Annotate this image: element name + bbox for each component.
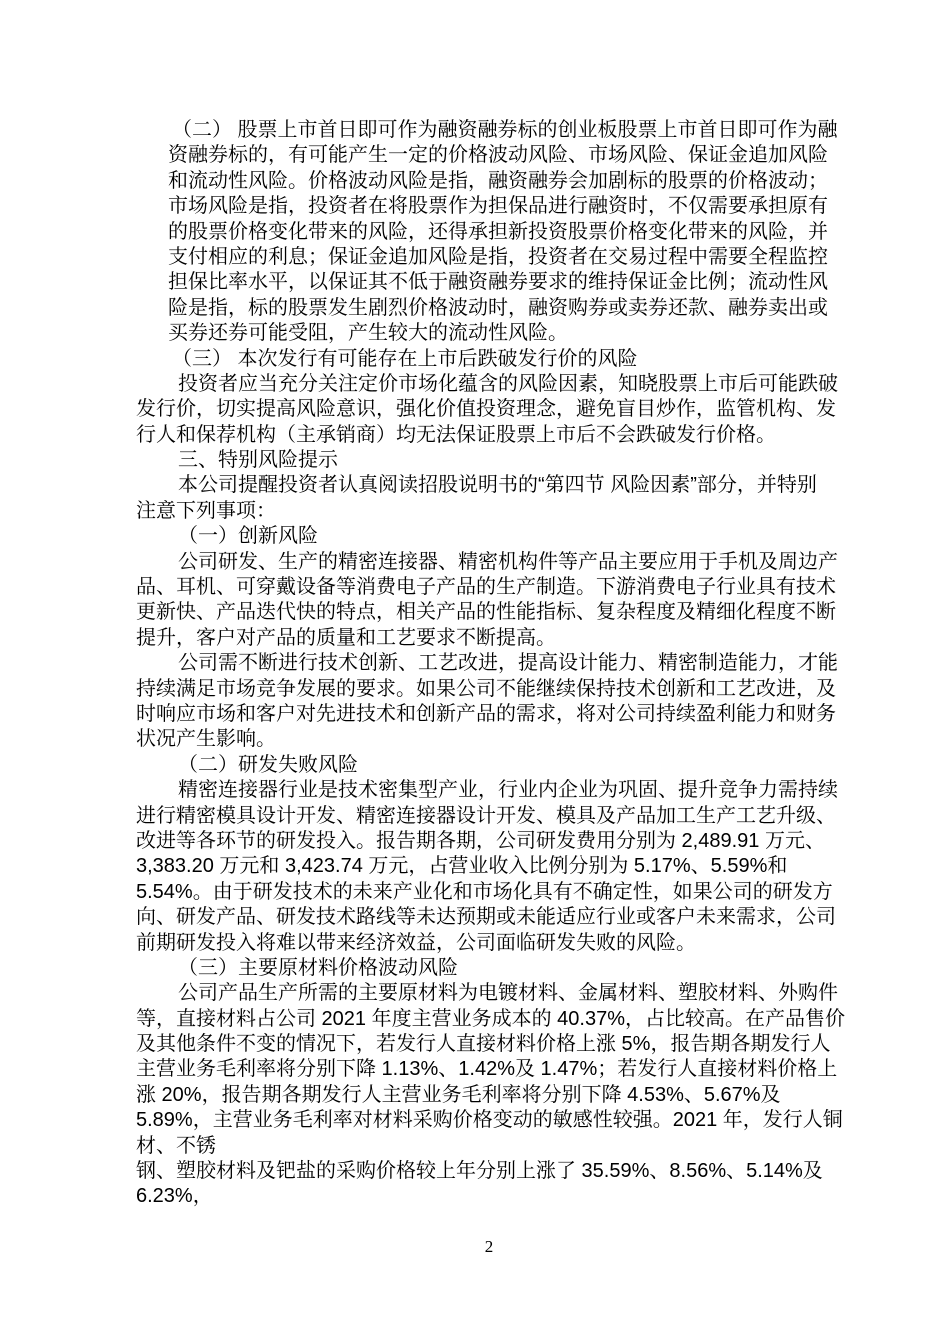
page-number: 2 xyxy=(136,1237,842,1257)
text-line: 三、特别风险提示 xyxy=(136,448,846,473)
text-line: 行人和保荐机构（主承销商）均无法保证股票上市后不会跌破发行价格。 xyxy=(136,423,846,448)
text-line: 公司研发、生产的精密连接器、精密机构件等产品主要应用于手机及周边产 xyxy=(136,550,846,575)
text-line: 材、不锈 xyxy=(136,1134,846,1159)
text-line: 注意下列事项： xyxy=(136,499,846,524)
text-line: 更新快、产品迭代快的特点，相关产品的性能指标、复杂程度及精细化程度不断 xyxy=(136,600,846,625)
document-page: （二） 股票上市首日即可作为融资融券标的创业板股票上市首日即可作为融资融券标的，… xyxy=(0,0,950,1344)
text-line: 的股票价格变化带来的风险，还得承担新投资股票价格变化带来的风险，并 xyxy=(136,220,846,245)
text-line: 公司需不断进行技术创新、工艺改进，提高设计能力、精密制造能力，才能 xyxy=(136,651,846,676)
text-line: （一）创新风险 xyxy=(136,524,846,549)
text-line: 及其他条件不变的情况下，若发行人直接材料价格上涨 5%，报告期各期发行人 xyxy=(136,1032,846,1057)
text-line: 资融券标的，有可能产生一定的价格波动风险、市场风险、保证金追加风险 xyxy=(136,143,846,168)
text-line: 提升，客户对产品的质量和工艺要求不断提高。 xyxy=(136,626,846,651)
text-line: 改进等各环节的研发投入。报告期各期，公司研发费用分别为 2,489.91 万元、 xyxy=(136,829,846,854)
text-line: 主营业务毛利率将分别下降 1.13%、1.42%及 1.47%；若发行人直接材料… xyxy=(136,1057,846,1082)
text-line: 本公司提醒投资者认真阅读招股说明书的“第四节 风险因素”部分，并特别 xyxy=(136,473,846,498)
text-line: 等，直接材料占公司 2021 年度主营业务成本的 40.37%，占比较高。在产品… xyxy=(136,1007,846,1032)
text-line: 进行精密模具设计开发、精密连接器设计开发、模具及产品加工生产工艺升级、 xyxy=(136,804,846,829)
text-line: 公司产品生产所需的主要原材料为电镀材料、金属材料、塑胶材料、外购件 xyxy=(136,981,846,1006)
text-line: 品、耳机、可穿戴设备等消费电子产品的生产制造。下游消费电子行业具有技术 xyxy=(136,575,846,600)
text-line: 6.23%， xyxy=(136,1184,846,1209)
text-line: 支付相应的利息；保证金追加风险是指，投资者在交易过程中需要全程监控 xyxy=(136,245,846,270)
text-line: 状况产生影响。 xyxy=(136,727,846,752)
text-line: 3,383.20 万元和 3,423.74 万元，占营业收入比例分别为 5.17… xyxy=(136,854,846,879)
text-line: 投资者应当充分关注定价市场化蕴含的风险因素，知晓股票上市后可能跌破 xyxy=(136,372,846,397)
text-line: 5.54%。由于研发技术的未来产业化和市场化具有不确定性，如果公司的研发方 xyxy=(136,880,846,905)
text-line: 时响应市场和客户对先进技术和创新产品的需求，将对公司持续盈利能力和财务 xyxy=(136,702,846,727)
document-body: （二） 股票上市首日即可作为融资融券标的创业板股票上市首日即可作为融资融券标的，… xyxy=(136,118,846,1210)
text-line: （二）研发失败风险 xyxy=(136,753,846,778)
text-line: 涨 20%，报告期各期发行人主营业务毛利率将分别下降 4.53%、5.67%及 xyxy=(136,1083,846,1108)
text-line: 精密连接器行业是技术密集型产业，行业内企业为巩固、提升竞争力需持续 xyxy=(136,778,846,803)
text-line: 和流动性风险。价格波动风险是指，融资融券会加剧标的股票的价格波动； xyxy=(136,169,846,194)
text-line: （二） 股票上市首日即可作为融资融券标的创业板股票上市首日即可作为融 xyxy=(136,118,846,143)
text-line: （三） 本次发行有可能存在上市后跌破发行价的风险 xyxy=(136,347,846,372)
text-line: 发行价，切实提高风险意识，强化价值投资理念，避免盲目炒作，监管机构、发 xyxy=(136,397,846,422)
text-line: 钢、塑胶材料及钯盐的采购价格较上年分别上涨了 35.59%、8.56%、5.14… xyxy=(136,1159,846,1184)
text-line: 前期研发投入将难以带来经济效益，公司面临研发失败的风险。 xyxy=(136,931,846,956)
text-line: 险是指，标的股票发生剧烈价格波动时，融资购券或卖券还款、融券卖出或 xyxy=(136,296,846,321)
text-line: 5.89%，主营业务毛利率对材料采购价格变动的敏感性较强。2021 年，发行人铜 xyxy=(136,1108,846,1133)
text-line: 持续满足市场竞争发展的要求。如果公司不能继续保持技术创新和工艺改进，及 xyxy=(136,677,846,702)
text-line: 向、研发产品、研发技术路线等未达预期或未能适应行业或客户未来需求，公司 xyxy=(136,905,846,930)
text-line: （三）主要原材料价格波动风险 xyxy=(136,956,846,981)
text-line: 担保比率水平，以保证其不低于融资融券要求的维持保证金比例；流动性风 xyxy=(136,270,846,295)
text-line: 市场风险是指，投资者在将股票作为担保品进行融资时，不仅需要承担原有 xyxy=(136,194,846,219)
text-line: 买券还券可能受阻，产生较大的流动性风险。 xyxy=(136,321,846,346)
